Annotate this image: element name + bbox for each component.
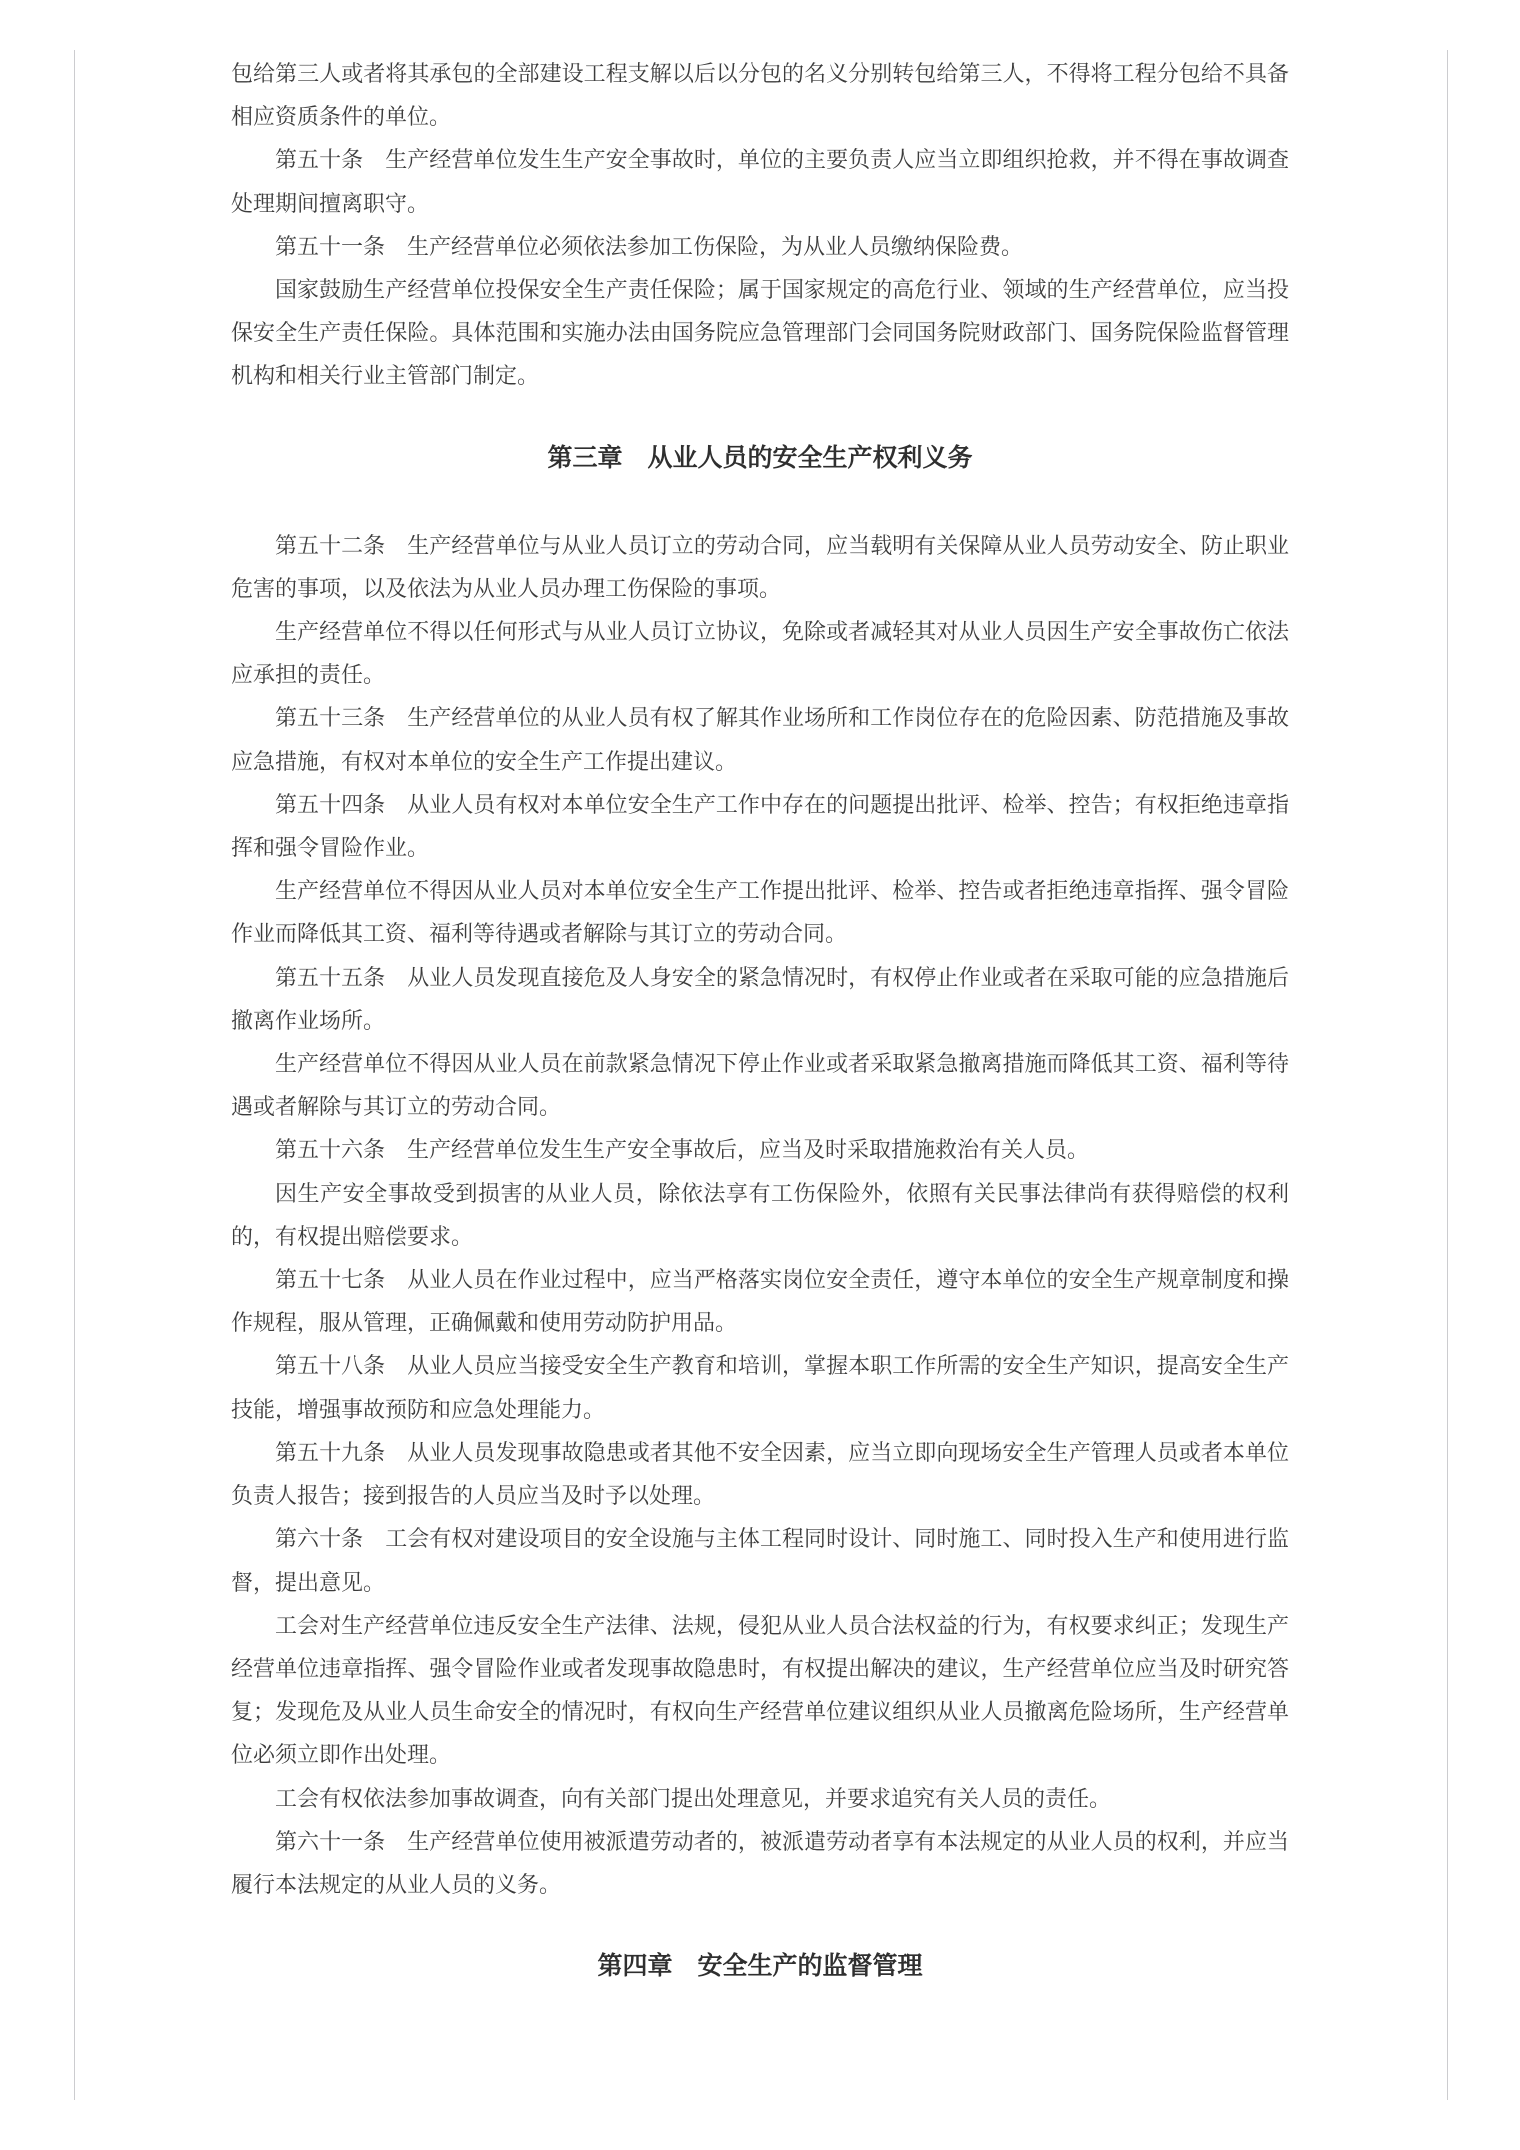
paragraph: 第五十九条 从业人员发现事故隐患或者其他不安全因素，应当立即向现场安全生产管理人…	[231, 1431, 1289, 1517]
page-margin-line-right	[1447, 50, 1448, 2100]
paragraph: 第五十三条 生产经营单位的从业人员有权了解其作业场所和工作岗位存在的危险因素、防…	[231, 696, 1289, 782]
paragraph: 第五十七条 从业人员在作业过程中，应当严格落实岗位安全责任，遵守本单位的安全生产…	[231, 1258, 1289, 1344]
paragraph: 第六十条 工会有权对建设项目的安全设施与主体工程同时设计、同时施工、同时投入生产…	[231, 1517, 1289, 1603]
paragraph: 国家鼓励生产经营单位投保安全生产责任保险；属于国家规定的高危行业、领域的生产经营…	[231, 268, 1289, 398]
chapter-heading: 第四章 安全生产的监督管理	[231, 1944, 1289, 1988]
paragraph: 第五十八条 从业人员应当接受安全生产教育和培训，掌握本职工作所需的安全生产知识，…	[231, 1344, 1289, 1430]
paragraph: 第五十二条 生产经营单位与从业人员订立的劳动合同，应当载明有关保障从业人员劳动安…	[231, 524, 1289, 610]
paragraph: 第五十条 生产经营单位发生生产安全事故时，单位的主要负责人应当立即组织抢救，并不…	[231, 138, 1289, 224]
document-page: 包给第三人或者将其承包的全部建设工程支解以后以分包的名义分别转包给第三人，不得将…	[0, 0, 1520, 2150]
paragraph: 工会对生产经营单位违反安全生产法律、法规，侵犯从业人员合法权益的行为，有权要求纠…	[231, 1604, 1289, 1777]
paragraph: 生产经营单位不得以任何形式与从业人员订立协议，免除或者减轻其对从业人员因生产安全…	[231, 610, 1289, 696]
paragraph: 第五十五条 从业人员发现直接危及人身安全的紧急情况时，有权停止作业或者在采取可能…	[231, 956, 1289, 1042]
paragraph: 生产经营单位不得因从业人员在前款紧急情况下停止作业或者采取紧急撤离措施而降低其工…	[231, 1042, 1289, 1128]
paragraph: 包给第三人或者将其承包的全部建设工程支解以后以分包的名义分别转包给第三人，不得将…	[231, 52, 1289, 138]
page-margin-line-left	[74, 50, 75, 2100]
chapter-heading: 第三章 从业人员的安全生产权利义务	[231, 436, 1289, 480]
paragraph: 第五十四条 从业人员有权对本单位安全生产工作中存在的问题提出批评、检举、控告；有…	[231, 783, 1289, 869]
paragraph: 第五十一条 生产经营单位必须依法参加工伤保险，为从业人员缴纳保险费。	[231, 225, 1289, 268]
paragraph: 因生产安全事故受到损害的从业人员，除依法享有工伤保险外，依照有关民事法律尚有获得…	[231, 1172, 1289, 1258]
paragraph: 工会有权依法参加事故调查，向有关部门提出处理意见，并要求追究有关人员的责任。	[231, 1777, 1289, 1820]
paragraph: 第六十一条 生产经营单位使用被派遣劳动者的，被派遣劳动者享有本法规定的从业人员的…	[231, 1820, 1289, 1906]
document-content: 包给第三人或者将其承包的全部建设工程支解以后以分包的名义分别转包给第三人，不得将…	[231, 0, 1289, 2032]
paragraph: 生产经营单位不得因从业人员对本单位安全生产工作提出批评、检举、控告或者拒绝违章指…	[231, 869, 1289, 955]
paragraph: 第五十六条 生产经营单位发生生产安全事故后，应当及时采取措施救治有关人员。	[231, 1128, 1289, 1171]
